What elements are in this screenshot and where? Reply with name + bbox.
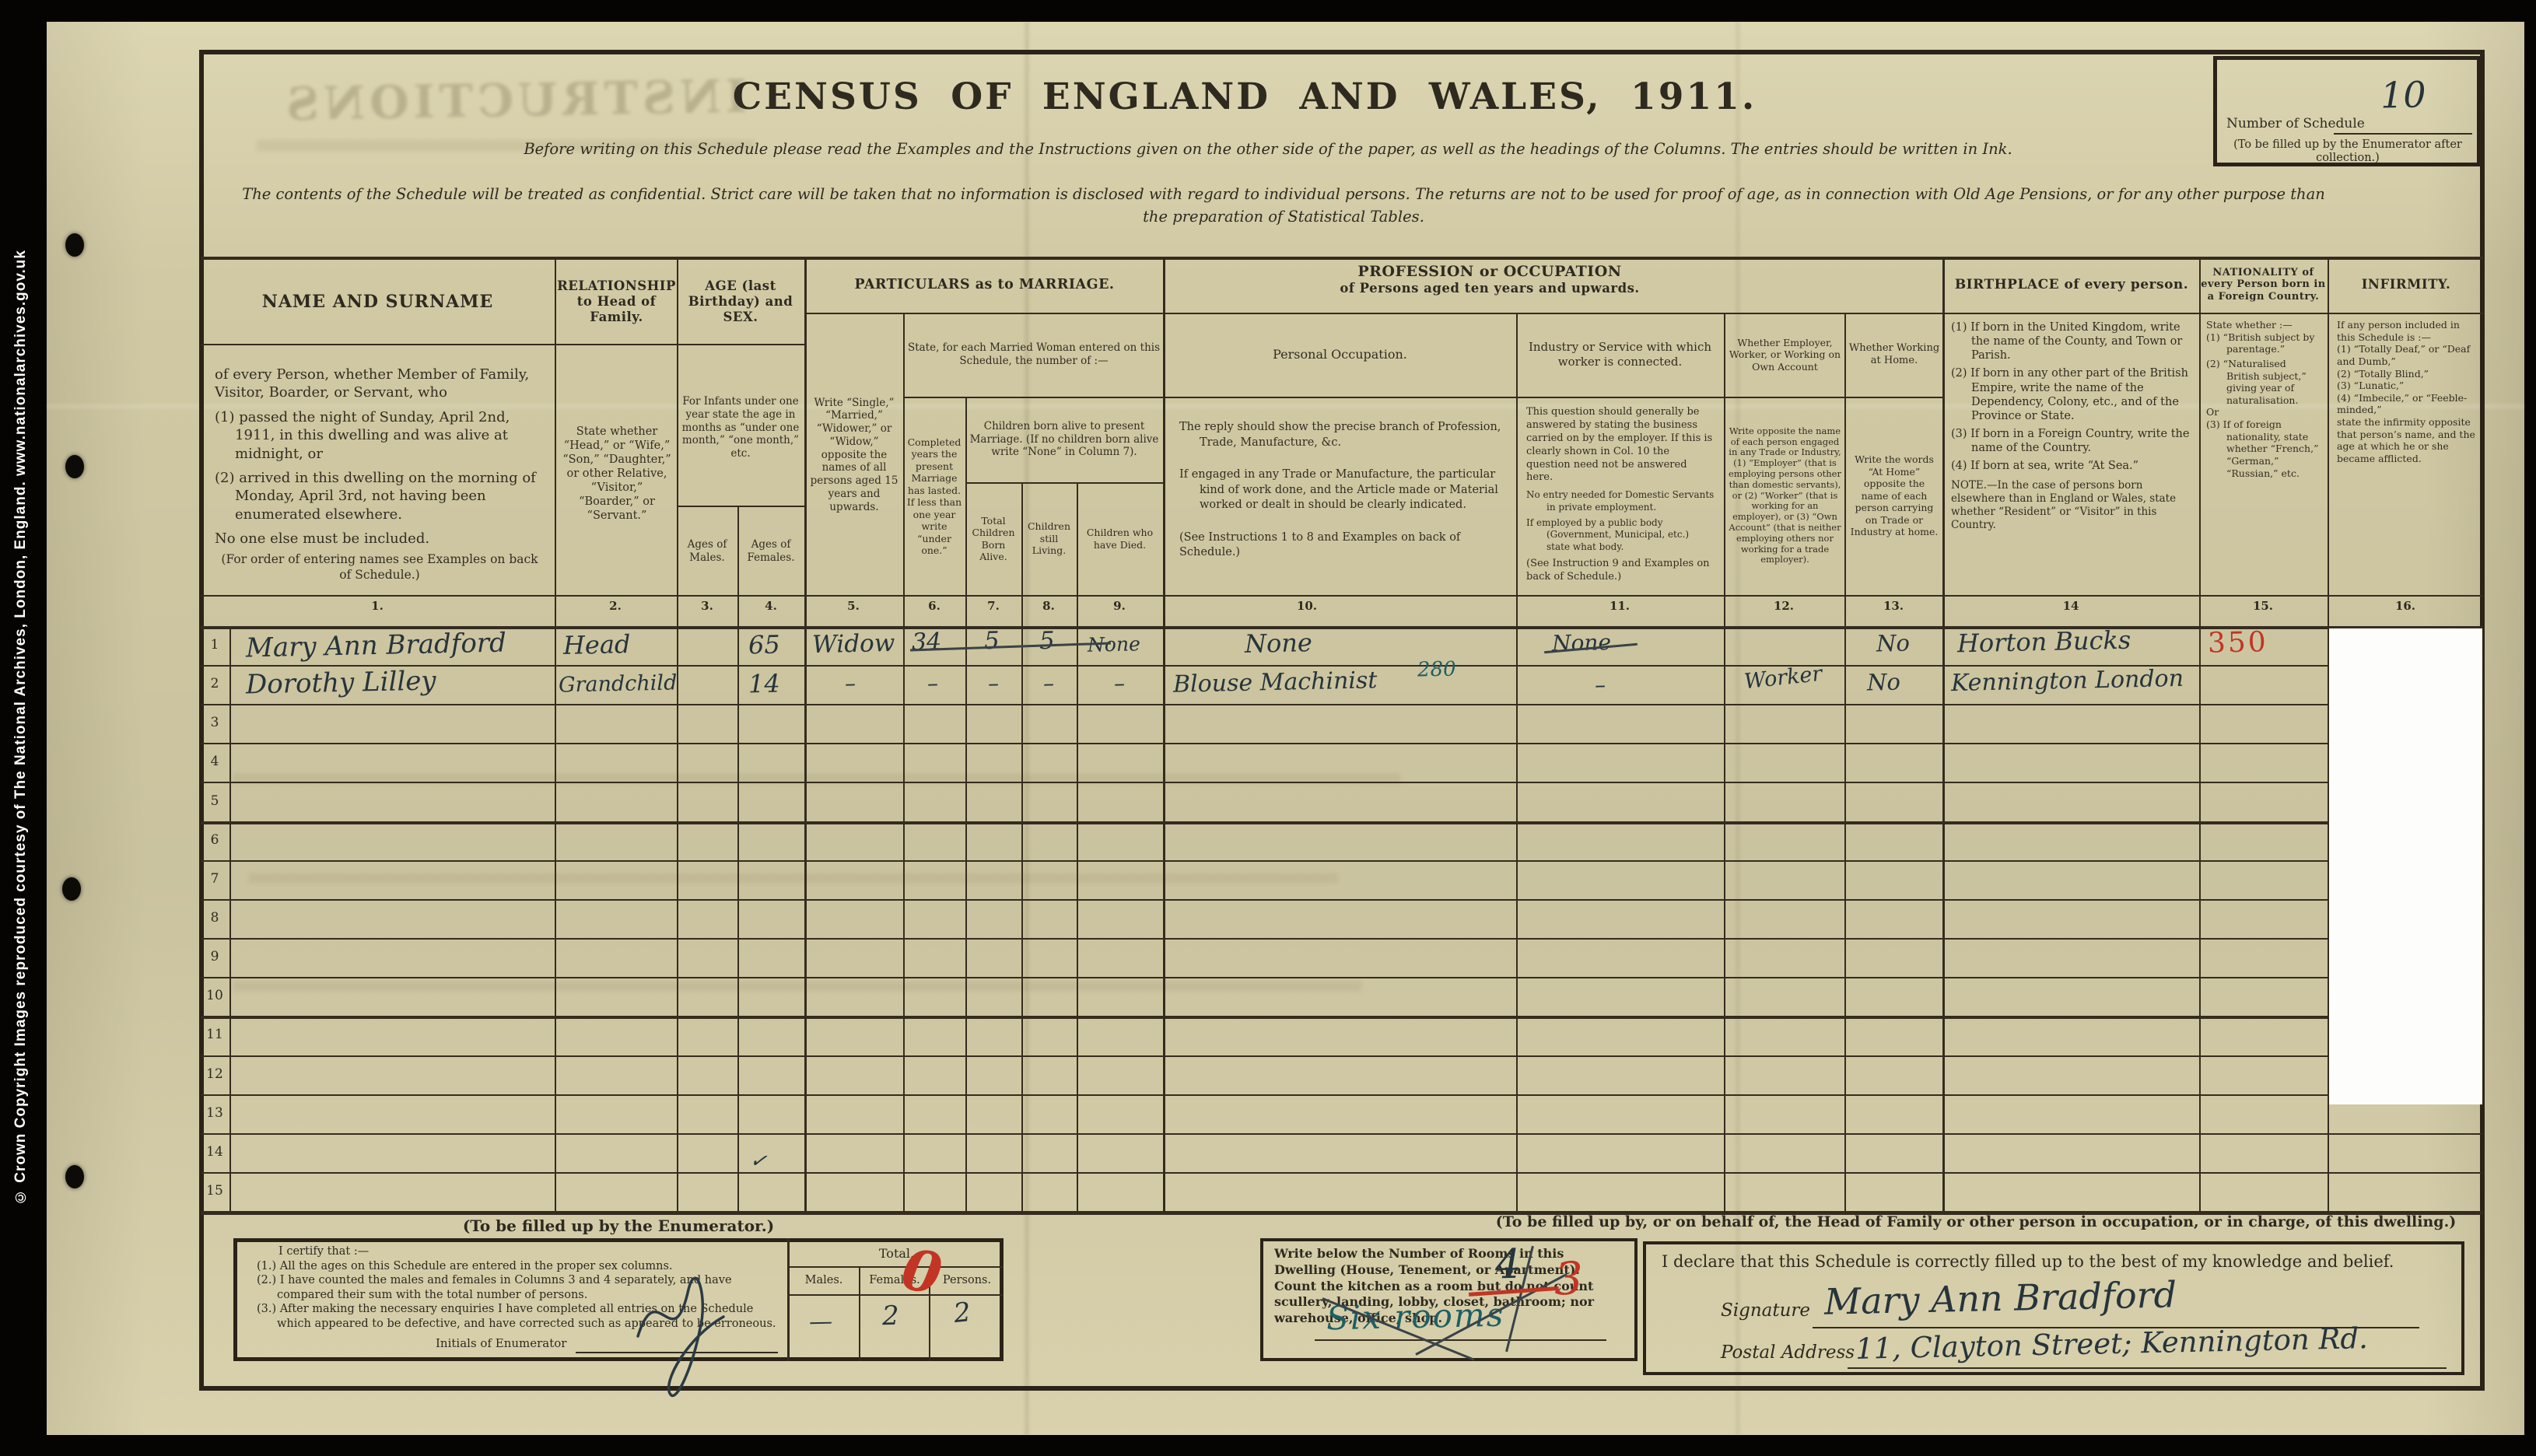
profession-group-subtitle: of Persons aged ten years and upwards. (1163, 281, 1816, 296)
postal-address-label: Postal Address (1721, 1342, 1855, 1363)
col-number: 13. (1862, 599, 1925, 613)
col-number: 3. (676, 599, 738, 613)
col13-description: Write the words “At Home” opposite the n… (1849, 401, 1939, 591)
col-number: 4. (740, 599, 802, 613)
form-title: CENSUS OF ENGLAND AND WALES, 1911. (545, 72, 1945, 121)
col-number: 15. (2232, 599, 2294, 613)
col15-description: State whether :— (1) “British subject by… (2206, 319, 2321, 479)
col11-body1: This question should generally be answer… (1526, 406, 1715, 485)
row-number: 6 (201, 832, 229, 848)
col1-description: of every Person, whether Member of Famil… (215, 366, 545, 583)
col12-title: Whether Employer, Worker, or Working on … (1727, 316, 1843, 394)
row1-children-living: 5 (1039, 627, 1055, 655)
row1-relationship: Head (563, 629, 631, 660)
col10-title: Personal Occupation. (1167, 316, 1513, 394)
marriage-group-title: PARTICULARS as to MARRIAGE. (806, 258, 1163, 311)
col14-item2: (2) If born in any other part of the Bri… (1951, 366, 2191, 423)
row1-industry: None (1552, 629, 1612, 656)
col15-intro: State whether :— (2206, 319, 2321, 331)
col16-outro: state the infirmity opposite that person… (2337, 416, 2475, 465)
col9-subheader: Children who have Died. (1078, 486, 1161, 591)
total-persons-value: 2 (952, 1297, 972, 1329)
schedule-number-note: (To be filled up by the Enumerator after… (2223, 138, 2472, 166)
confidential-line: The contents of the Schedule will be tre… (233, 177, 2334, 233)
profession-group-title: PROFESSION or OCCUPATION (1163, 263, 1816, 281)
col1-item1: (1) passed the night of Sunday, April 2n… (215, 408, 545, 463)
enumerator-initials-signature (615, 1243, 778, 1406)
rooms-value: Six rooms (1326, 1296, 1505, 1338)
col-number: 1. (346, 599, 408, 613)
form-border (199, 50, 2485, 1391)
col15-or: Or (2206, 406, 2321, 418)
col16-description: If any person included in this Schedule … (2337, 319, 2475, 465)
row2-birthplace: Kennington London (1951, 665, 2184, 697)
col-number: 2. (584, 599, 646, 613)
col11-body2: No entry needed for Domestic Servants in… (1526, 489, 1715, 513)
row-number: 15 (201, 1183, 229, 1199)
row2-industry: – (1595, 672, 1606, 698)
col-number: 11. (1589, 599, 1651, 613)
row-number: 9 (201, 949, 229, 964)
punch-hole (62, 877, 81, 901)
col2-title: RELATIONSHIP to Head of Family. (556, 260, 677, 344)
married-woman-header: State, for each Married Woman entered on… (906, 316, 1161, 394)
row1-name: Mary Ann Bradford (246, 627, 507, 663)
row1-marriage: Widow (812, 629, 895, 659)
row1-at-home: No (1876, 630, 1911, 657)
punch-hole (65, 233, 84, 257)
col14-item1: (1) If born in the United Kingdom, write… (1951, 320, 2191, 362)
total-title: Total. (790, 1241, 1004, 1265)
row1-occupation: None (1245, 628, 1313, 659)
row-number: 12 (201, 1066, 229, 1082)
row1-children-born: 5 (984, 627, 1000, 655)
schedule-number-value: 10 (2380, 73, 2426, 116)
col16-item2: (2) “Totally Blind,” (2337, 368, 2475, 380)
col14-description: (1) If born in the United Kingdom, write… (1951, 320, 2191, 532)
col1-title: NAME AND SURNAME (201, 260, 555, 344)
col10-body1: The reply should show the precise branch… (1179, 420, 1502, 450)
col12-description: Write opposite the name of each person e… (1729, 401, 1841, 591)
col6-description: Completed years the present Marriage has… (905, 403, 964, 590)
children-header: Children born alive to present Marriage.… (969, 400, 1160, 479)
col-number: 12. (1753, 599, 1815, 613)
row2-occupation: Blouse Machinist (1173, 667, 1378, 698)
col-number: 8. (1018, 599, 1080, 613)
col11-body4: (See Instruction 9 and Examples on back … (1526, 558, 1715, 584)
row-number: 10 (201, 988, 229, 1003)
col10-body2: If engaged in any Trade or Manufacture, … (1179, 467, 1502, 513)
col-number: 9. (1088, 599, 1151, 613)
col-number: 5. (822, 599, 884, 613)
head-section-heading: (To be filled up by, or on behalf of, th… (1478, 1213, 2474, 1230)
schedule-number-label: Number of Schedule (2226, 116, 2366, 131)
punch-hole (65, 455, 84, 478)
rooms-red-correction: 3 (1553, 1252, 1583, 1306)
col14-note: NOTE.—In the case of persons born elsewh… (1951, 479, 2191, 532)
row-number: 4 (201, 754, 229, 769)
row2-marriage: – (845, 670, 856, 696)
enumerator-section-heading: (To be filled up by the Enumerator.) (233, 1216, 1004, 1235)
initials-label: Initials of Enumerator (436, 1336, 566, 1350)
row-number: 2 (201, 676, 229, 691)
col1-item2: (2) arrived in this dwelling on the morn… (215, 469, 545, 523)
row1-years-married: 34 (912, 628, 942, 656)
row2-name: Dorothy Lilley (246, 665, 436, 700)
col10-description: The reply should show the precise branch… (1179, 420, 1502, 561)
col3-4-title: AGE (last Birthday) and SEX. (678, 260, 803, 344)
col-number: 16. (2374, 599, 2436, 613)
row1-birthplace: Horton Bucks (1957, 625, 2131, 659)
total-males-label: Males. (789, 1269, 859, 1291)
row-number: 7 (201, 871, 229, 887)
col1-intro: of every Person, whether Member of Famil… (215, 366, 545, 402)
punch-hole (65, 1165, 84, 1188)
row2-children-living: – (1043, 670, 1055, 696)
col16-item4: (4) “Imbecile,” or “Feeble-minded,” (2337, 392, 2475, 416)
col10-body3: (See Instructions 1 to 8 and Examples on… (1179, 530, 1502, 561)
col3-4-description: For Infants under one year state the age… (680, 354, 801, 502)
row2-children-died: – (1114, 670, 1126, 696)
total-females-value: 2 (882, 1300, 899, 1332)
col1-note1: No one else must be included. (215, 530, 545, 548)
tick-mark: ✓ (748, 1149, 769, 1174)
redaction-block (2329, 628, 2482, 1104)
signature-value: Mary Ann Bradford (1823, 1273, 2177, 1322)
row-number: 11 (201, 1027, 229, 1042)
row2-relationship: Grandchild (559, 670, 678, 697)
col13-title: Whether Working at Home. (1848, 316, 1941, 394)
col16-intro: If any person included in this Schedule … (2337, 319, 2475, 343)
col3-subheader: Ages of Males. (678, 509, 736, 593)
col8-subheader: Children still Living. (1023, 486, 1075, 591)
col2-description: State whether “Head,” or “Wife,” “Son,” … (562, 366, 672, 583)
col-number: 14 (2040, 599, 2102, 613)
schedule-number-box: Number of Schedule 10 (To be filled up b… (2213, 56, 2481, 166)
col5-description: Write “Single,” “Married,” “Widower,” or… (809, 323, 899, 587)
row2-children-born: – (988, 670, 1000, 696)
col11-title: Industry or Service with which worker is… (1519, 316, 1721, 394)
col14-item3: (3) If born in a Foreign Country, write … (1951, 427, 2191, 455)
col-number: 10. (1276, 599, 1338, 613)
row2-occupation-code: 280 (1417, 657, 1456, 681)
census-scan-page: © Crown Copyright Images reproduced cour… (0, 0, 2536, 1456)
row-number: 5 (201, 793, 229, 809)
col11-description: This question should generally be answer… (1526, 406, 1715, 584)
col14-item4: (4) If born at sea, write “At Sea.” (1951, 459, 2191, 473)
declaration-text: I declare that this Schedule is correctl… (1662, 1252, 2447, 1271)
col14-title: BIRTHPLACE of every person. (1944, 258, 2199, 311)
pre-instruction-line: Before writing on this Schedule please r… (327, 137, 2209, 160)
row1-age-female: 65 (748, 630, 781, 660)
col15-item3: (3) If of foreign nationality, state whe… (2206, 418, 2321, 479)
col11-body3: If employed by a public body (Government… (1526, 517, 1715, 554)
col16-item3: (3) “Lunatic,” (2337, 380, 2475, 392)
col16-item1: (1) “Totally Deaf,” or “Deaf and Dumb,” (2337, 343, 2475, 367)
row2-age-female: 14 (748, 669, 781, 699)
col15-title: NATIONALITY of every Person born in a Fo… (2201, 258, 2326, 311)
col7-subheader: Total Children Born Alive. (967, 486, 1020, 591)
row2-years-married: – (927, 670, 939, 696)
total-males-value: — (809, 1308, 833, 1336)
row-number: 1 (201, 637, 229, 653)
col15-item1: (1) “British subject by parentage.” (2206, 331, 2321, 355)
rooms-black-correction: 4 (1494, 1241, 1521, 1289)
col4-subheader: Ages of Females. (739, 509, 803, 593)
col15-item2: (2) “Naturalised British subject,” givin… (2206, 358, 2321, 407)
row2-at-home: No (1867, 669, 1901, 696)
row-number: 14 (201, 1144, 229, 1160)
col-number: 7. (962, 599, 1025, 613)
signature-label: Signature (1721, 1300, 1810, 1321)
row1-archival-mark: 350 (2208, 626, 2269, 660)
row-number: 13 (201, 1105, 229, 1121)
row-number: 3 (201, 715, 229, 730)
copyright-sidebar: © Crown Copyright Images reproduced cour… (3, 23, 39, 1431)
col16-title: INFIRMITY. (2329, 258, 2483, 311)
profession-group-header: PROFESSION or OCCUPATION of Persons aged… (1163, 263, 1816, 311)
col-number: 6. (903, 599, 965, 613)
col1-note2: (For order of entering names see Example… (215, 551, 545, 583)
row-number: 8 (201, 910, 229, 926)
